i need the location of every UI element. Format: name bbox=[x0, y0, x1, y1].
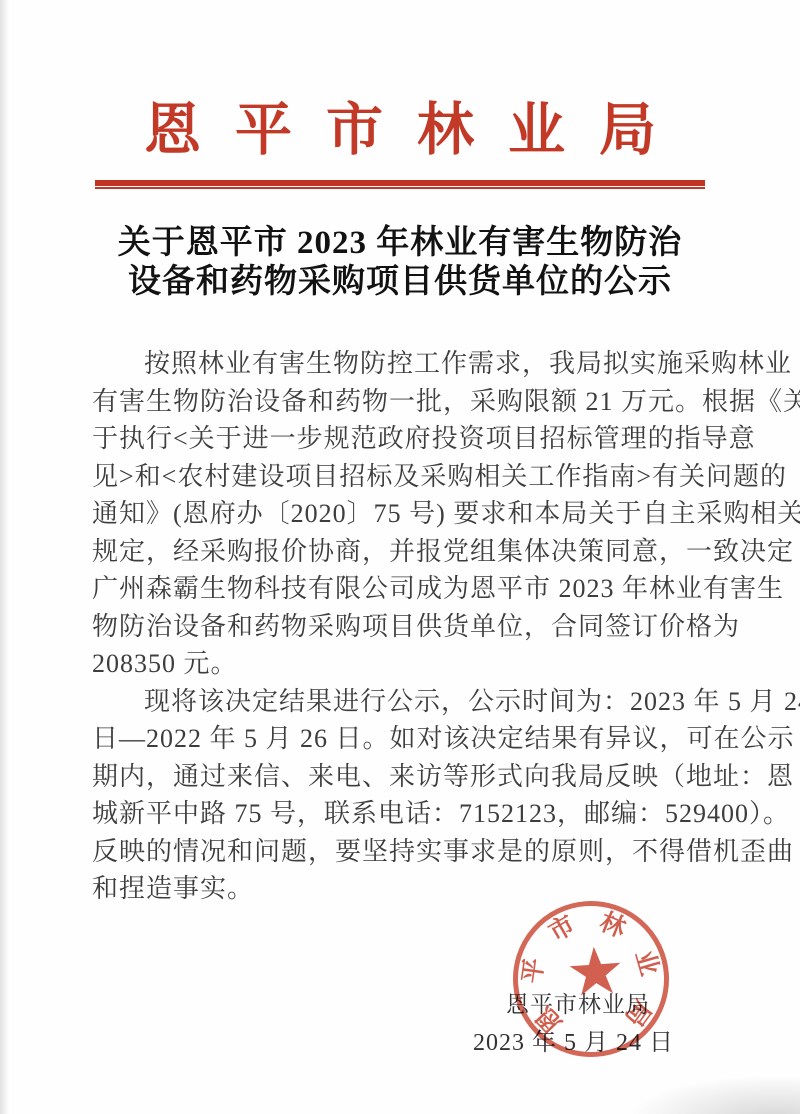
signature-org-name: 恩平市林业局 bbox=[506, 986, 650, 1019]
body-line: 城新平中路 75 号，联系电话：7152123，邮编：529400）。 bbox=[92, 795, 708, 833]
seal-arc-char: 林 bbox=[595, 902, 632, 945]
document-page: 恩平市林业局 关于恩平市 2023 年林业有害生物防治 设备和药物采购项目供货单… bbox=[0, 0, 800, 1114]
body-line: 通知》(恩府办〔2020〕75 号) 要求和本局关于自主采购相关 bbox=[92, 495, 708, 533]
body-line: 208350 元。 bbox=[92, 645, 708, 683]
document-title-line1: 关于恩平市 2023 年林业有害生物防治 bbox=[80, 224, 720, 263]
seal-arc-char: 业 bbox=[628, 945, 670, 979]
body-line: 和捏造事实。 bbox=[92, 870, 708, 908]
letterhead-org-name: 恩平市林业局 bbox=[0, 96, 800, 166]
scan-smudge-artifact bbox=[630, 1076, 800, 1114]
document-body: 按照林业有害生物防控工作需求，我局拟实施采购林业 有害生物防治设备和药物一批，采… bbox=[92, 345, 708, 908]
body-line: 见>和<农村建设项目招标及采购相关工作指南>有关问题的 bbox=[92, 458, 708, 496]
document-title-line2: 设备和药物采购项目供货单位的公示 bbox=[80, 263, 720, 302]
body-line: 物防治设备和药物采购项目供货单位，合同签订价格为 bbox=[92, 608, 708, 646]
seal-arc-char: 市 bbox=[541, 905, 581, 949]
body-line: 广州森霸生物科技有限公司成为恩平市 2023 年林业有害生 bbox=[92, 570, 708, 608]
body-line: 日—2022 年 5 月 26 日。如对该决定结果有异议，可在公示 bbox=[92, 720, 708, 758]
body-line: 规定，经采购报价协商，并报党组集体决策同意，一致决定 bbox=[92, 533, 708, 571]
signature-date: 2023 年 5 月 24 日 bbox=[473, 1022, 674, 1057]
scan-edge-artifact bbox=[0, 0, 9, 1114]
seal-arc-char: 平 bbox=[512, 956, 551, 986]
body-line: 有害生物防治设备和药物一批，采购限额 21 万元。根据《关 bbox=[92, 383, 708, 421]
body-line: 期内，通过来信、来电、来访等形式向我局反映（地址：恩 bbox=[92, 758, 708, 796]
letterhead-rule bbox=[95, 180, 705, 189]
body-line: 于执行<关于进一步规范政府投资项目招标管理的指导意 bbox=[92, 420, 708, 458]
document-title: 关于恩平市 2023 年林业有害生物防治 设备和药物采购项目供货单位的公示 bbox=[80, 224, 720, 302]
body-line: 反映的情况和问题，要坚持实事求是的原则，不得借机歪曲 bbox=[92, 833, 708, 871]
body-line: 现将该决定结果进行公示，公示时间为：2023 年 5 月 24 bbox=[92, 683, 708, 721]
body-line: 按照林业有害生物防控工作需求，我局拟实施采购林业 bbox=[92, 345, 708, 383]
